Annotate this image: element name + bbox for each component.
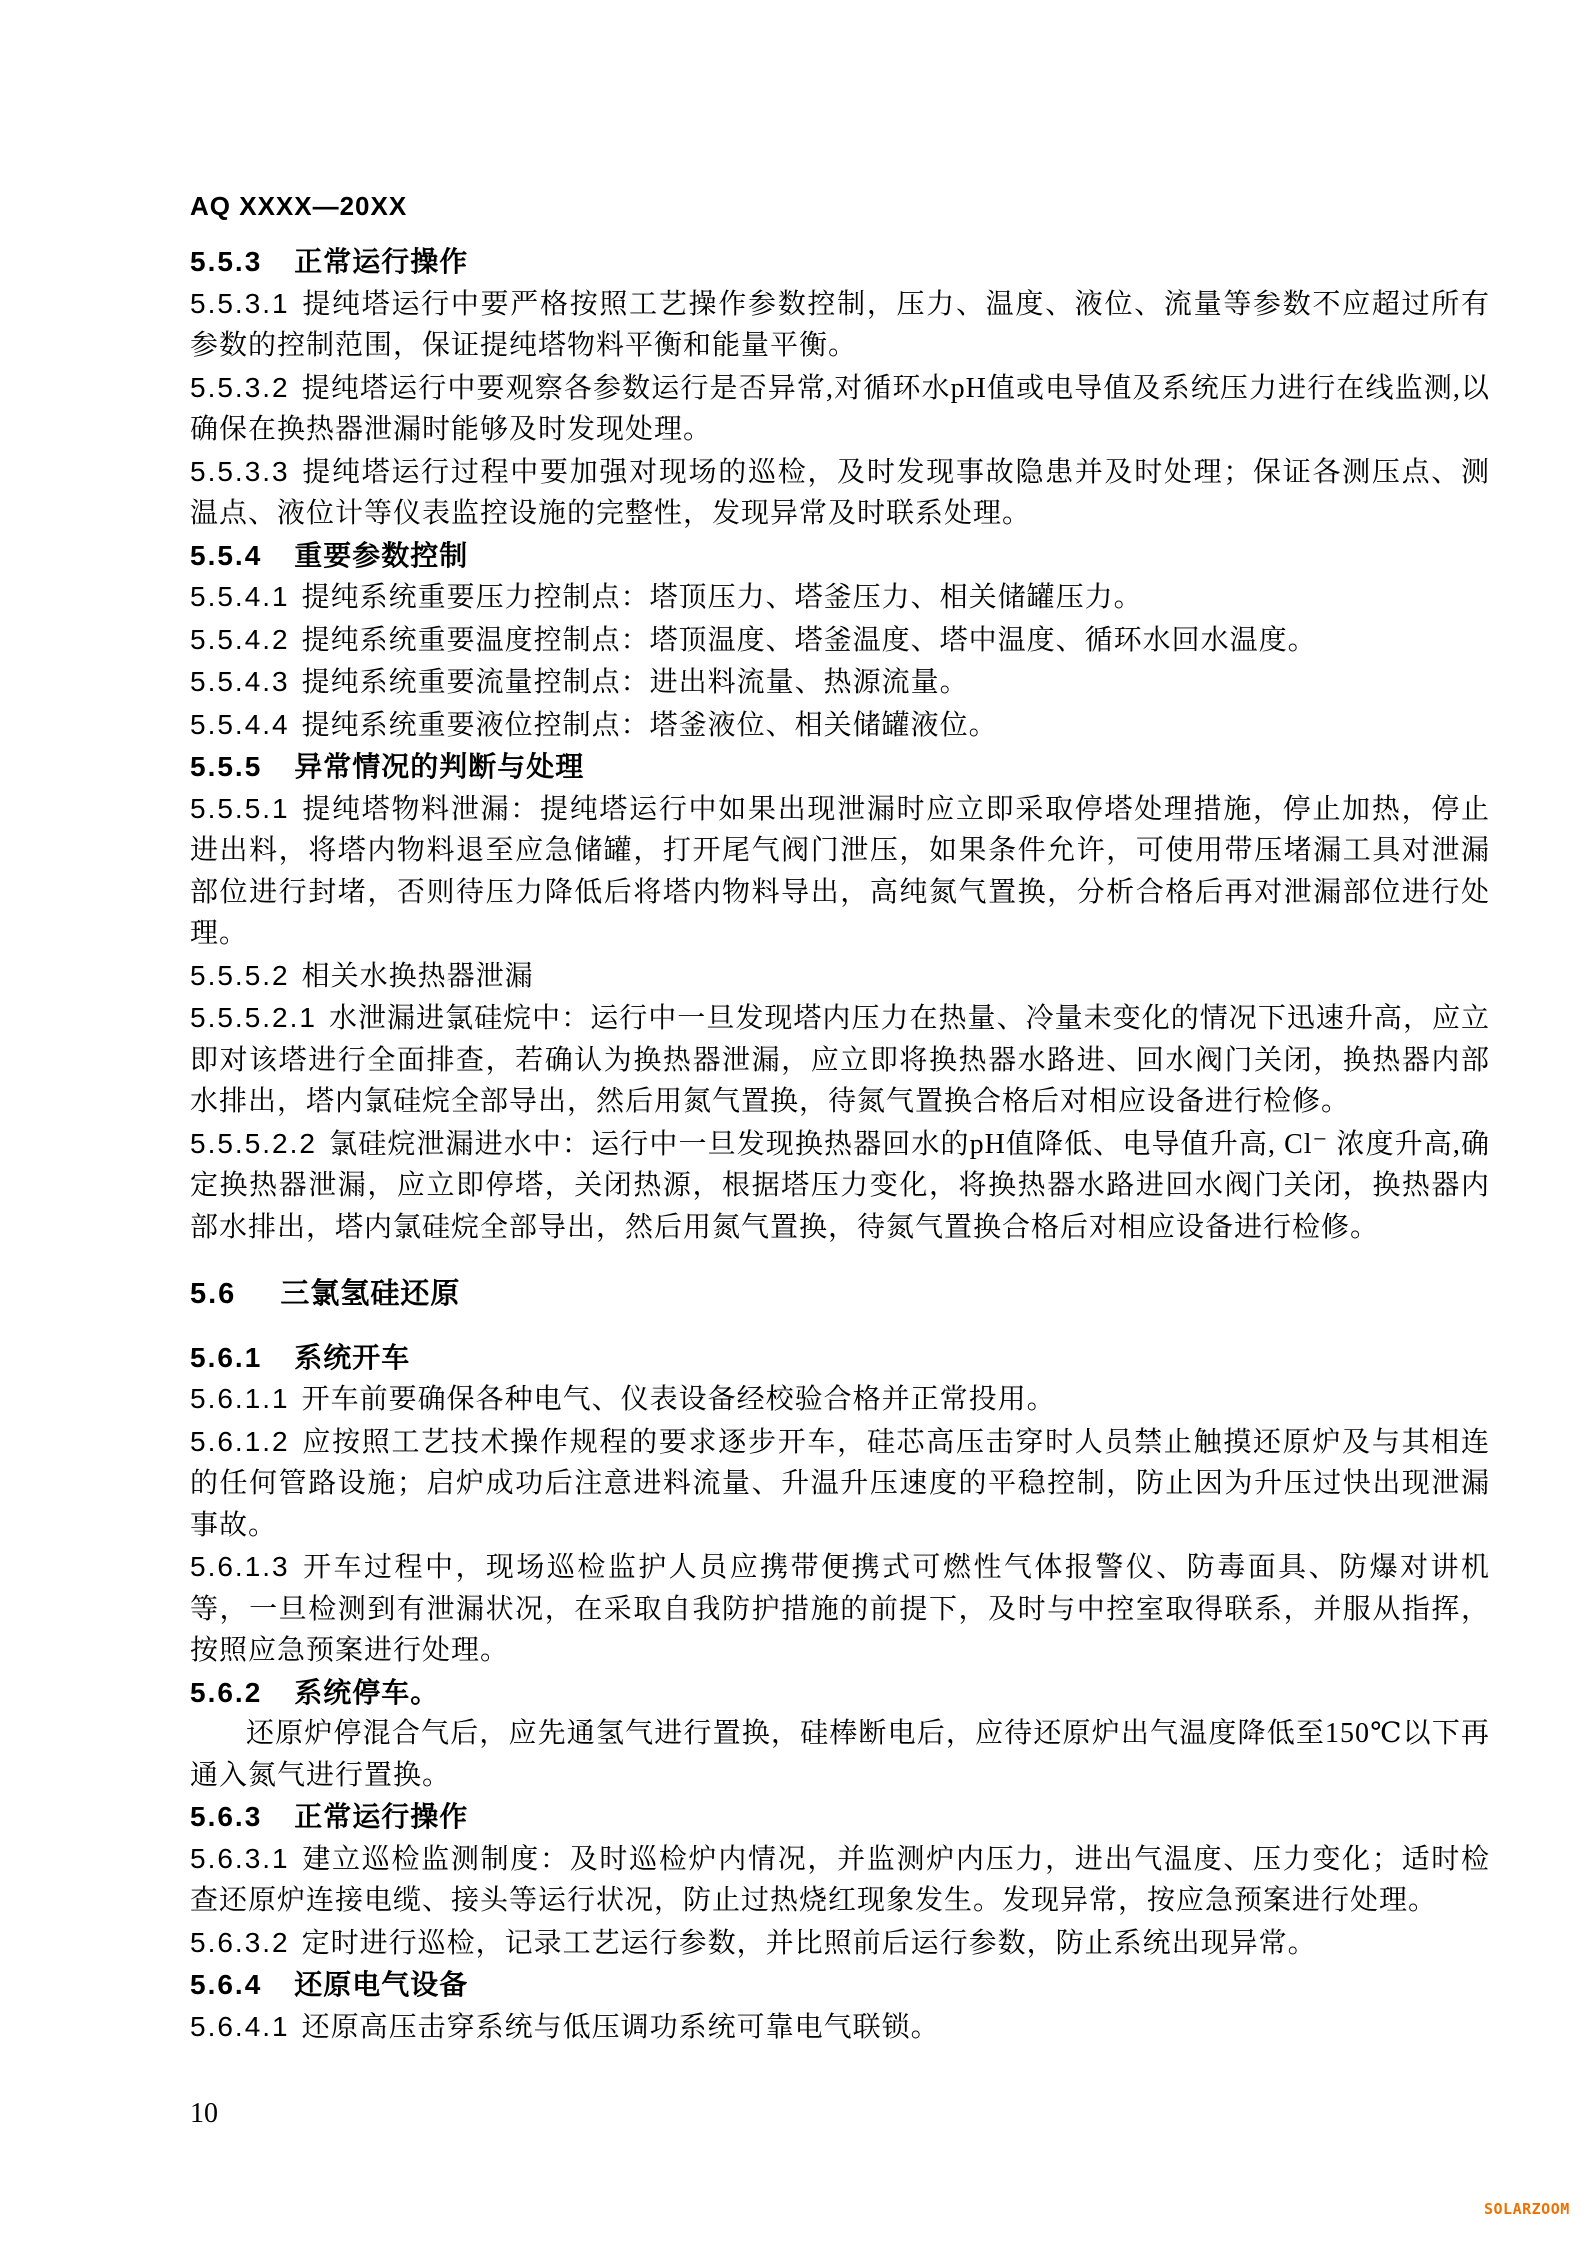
clause-number: 5.5.5.2.2 — [190, 1128, 317, 1159]
paragraph: 5.6.3.1建立巡检监测制度：及时巡检炉内情况，并监测炉内压力，进出气温度、压… — [190, 1838, 1490, 1922]
paragraph-text: 还原炉停混合气后，应先通氢气进行置换，硅棒断电后，应待还原炉出气温度降低至150… — [190, 1718, 1490, 1791]
paragraph-text: 开车前要确保各种电气、仪表设备经校验合格并正常投用。 — [302, 1384, 1056, 1415]
clause-number: 5.6.3.1 — [190, 1843, 290, 1874]
clause-number: 5.5.5.2.1 — [190, 1002, 317, 1033]
clause-number: 5.5.4.4 — [190, 709, 290, 740]
clause-number: 5.6.1.3 — [190, 1551, 290, 1582]
clause-number: 5.6.1.1 — [190, 1383, 290, 1414]
paragraph-text: 提纯系统重要压力控制点：塔顶压力、塔釜压力、相关储罐压力。 — [302, 582, 1143, 613]
page-number: 10 — [190, 2100, 218, 2128]
paragraph-text: 提纯塔运行中要观察各参数运行是否异常,对循环水pH值或电导值及系统压力进行在线监… — [190, 373, 1490, 446]
section-heading: 5.5.4重要参数控制 — [190, 535, 1490, 577]
paragraph: 5.6.4.1还原高压击穿系统与低压调功系统可靠电气联锁。 — [190, 2006, 1490, 2049]
clause-number: 5.6.4.1 — [190, 2011, 290, 2042]
paragraph-text: 氯硅烷泄漏进水中：运行中一旦发现换热器回水的pH值降低、电导值升高, Cl⁻ 浓… — [190, 1129, 1490, 1243]
paragraph-text: 开车过程中，现场巡检监护人员应携带便携式可燃性气体报警仪、防毒面具、防爆对讲机等… — [190, 1552, 1490, 1666]
paragraph-text: 提纯系统重要流量控制点：进出料流量、热源流量。 — [302, 667, 969, 698]
section-heading: 5.6.3正常运行操作 — [190, 1796, 1490, 1838]
heading-title: 还原电气设备 — [294, 1969, 468, 2000]
clause-number: 5.6.4 — [190, 1969, 262, 2000]
clause-number: 5.5.4.2 — [190, 624, 290, 655]
clause-number: 5.5.5.1 — [190, 793, 290, 824]
section-heading: 5.5.5异常情况的判断与处理 — [190, 746, 1490, 788]
heading-title: 三氯氢硅还原 — [280, 1278, 460, 1310]
section-heading: 5.6.4还原电气设备 — [190, 1964, 1490, 2006]
clause-number: 5.5.3.2 — [190, 372, 290, 403]
paragraph: 5.5.4.1提纯系统重要压力控制点：塔顶压力、塔釜压力、相关储罐压力。 — [190, 576, 1490, 619]
clause-number: 5.5.4.3 — [190, 666, 290, 697]
paragraph-text: 定时进行巡检，记录工艺运行参数，并比照前后运行参数，防止系统出现异常。 — [302, 1928, 1317, 1959]
section-heading: 5.6三氯氢硅还原 — [190, 1274, 1490, 1316]
clause-number: 5.5.5.2 — [190, 960, 290, 991]
heading-title: 异常情况的判断与处理 — [294, 751, 584, 782]
heading-title: 系统开车 — [294, 1342, 410, 1373]
paragraph: 5.5.4.2提纯系统重要温度控制点：塔顶温度、塔釜温度、塔中温度、循环水回水温… — [190, 619, 1490, 662]
paragraph-text: 提纯系统重要温度控制点：塔顶温度、塔釜温度、塔中温度、循环水回水温度。 — [302, 625, 1317, 656]
clause-number: 5.6.1.2 — [190, 1426, 290, 1457]
paragraph-text: 相关水换热器泄漏 — [302, 961, 534, 992]
standard-number-header: AQ XXXX—20XX — [190, 192, 407, 220]
paragraph: 5.5.5.1提纯塔物料泄漏：提纯塔运行中如果出现泄漏时应立即采取停塔处理措施，… — [190, 788, 1490, 955]
paragraph-text: 提纯塔物料泄漏：提纯塔运行中如果出现泄漏时应立即采取停塔处理措施，停止加热，停止… — [190, 794, 1490, 950]
heading-title: 正常运行操作 — [294, 1801, 468, 1832]
clause-number: 5.5.3.3 — [190, 456, 290, 487]
paragraph-text: 提纯系统重要液位控制点：塔釜液位、相关储罐液位。 — [302, 710, 998, 741]
clause-number: 5.6.2 — [190, 1677, 262, 1708]
paragraph: 5.6.3.2定时进行巡检，记录工艺运行参数，并比照前后运行参数，防止系统出现异… — [190, 1922, 1490, 1965]
paragraph: 5.5.5.2.1水泄漏进氯硅烷中：运行中一旦发现塔内压力在热量、冷量未变化的情… — [190, 997, 1490, 1123]
paragraph: 还原炉停混合气后，应先通氢气进行置换，硅棒断电后，应待还原炉出气温度降低至150… — [190, 1713, 1490, 1796]
paragraph-text: 提纯塔运行中要严格按照工艺操作参数控制，压力、温度、液位、流量等参数不应超过所有… — [190, 289, 1490, 362]
paragraph: 5.5.3.3提纯塔运行过程中要加强对现场的巡检，及时发现事故隐患并及时处理；保… — [190, 451, 1490, 535]
paragraph: 5.5.4.4提纯系统重要液位控制点：塔釜液位、相关储罐液位。 — [190, 704, 1490, 747]
document-content: 5.5.3正常运行操作5.5.3.1提纯塔运行中要严格按照工艺操作参数控制，压力… — [190, 241, 1490, 2048]
paragraph: 5.5.3.1提纯塔运行中要严格按照工艺操作参数控制，压力、温度、液位、流量等参… — [190, 283, 1490, 367]
clause-number: 5.5.3 — [190, 246, 262, 277]
watermark-solarzoom: SOLARZOOM — [1484, 2201, 1570, 2217]
paragraph: 5.5.5.2相关水换热器泄漏 — [190, 955, 1490, 998]
paragraph-text: 建立巡检监测制度：及时巡检炉内情况，并监测炉内压力，进出气温度、压力变化；适时检… — [190, 1844, 1490, 1917]
heading-title: 系统停车。 — [294, 1677, 439, 1708]
paragraph: 5.5.5.2.2氯硅烷泄漏进水中：运行中一旦发现换热器回水的pH值降低、电导值… — [190, 1123, 1490, 1249]
paragraph: 5.6.1.2应按照工艺技术操作规程的要求逐步开车，硅芯高压击穿时人员禁止触摸还… — [190, 1421, 1490, 1547]
heading-title: 重要参数控制 — [294, 540, 468, 571]
clause-number: 5.6 — [190, 1278, 236, 1310]
paragraph: 5.5.4.3提纯系统重要流量控制点：进出料流量、热源流量。 — [190, 661, 1490, 704]
clause-number: 5.6.1 — [190, 1342, 262, 1373]
paragraph: 5.5.3.2提纯塔运行中要观察各参数运行是否异常,对循环水pH值或电导值及系统… — [190, 367, 1490, 451]
clause-number: 5.5.4 — [190, 540, 262, 571]
section-heading: 5.5.3正常运行操作 — [190, 241, 1490, 283]
section-heading: 5.6.1系统开车 — [190, 1337, 1490, 1379]
clause-number: 5.6.3 — [190, 1801, 262, 1832]
paragraph-text: 应按照工艺技术操作规程的要求逐步开车，硅芯高压击穿时人员禁止触摸还原炉及与其相连… — [190, 1427, 1490, 1541]
paragraph: 5.6.1.3开车过程中，现场巡检监护人员应携带便携式可燃性气体报警仪、防毒面具… — [190, 1546, 1490, 1672]
clause-number: 5.5.3.1 — [190, 288, 290, 319]
clause-number: 5.5.4.1 — [190, 581, 290, 612]
paragraph: 5.6.1.1开车前要确保各种电气、仪表设备经校验合格并正常投用。 — [190, 1378, 1490, 1421]
paragraph-text: 提纯塔运行过程中要加强对现场的巡检，及时发现事故隐患并及时处理；保证各测压点、测… — [190, 457, 1490, 530]
paragraph-text: 还原高压击穿系统与低压调功系统可靠电气联锁。 — [302, 2012, 940, 2043]
section-heading: 5.6.2系统停车。 — [190, 1672, 1490, 1714]
document-page: AQ XXXX—20XX 5.5.3正常运行操作5.5.3.1提纯塔运行中要严格… — [0, 0, 1587, 2245]
heading-title: 正常运行操作 — [294, 246, 468, 277]
clause-number: 5.6.3.2 — [190, 1927, 290, 1958]
clause-number: 5.5.5 — [190, 751, 262, 782]
paragraph-text: 水泄漏进氯硅烷中：运行中一旦发现塔内压力在热量、冷量未变化的情况下迅速升高，应立… — [190, 1003, 1490, 1117]
